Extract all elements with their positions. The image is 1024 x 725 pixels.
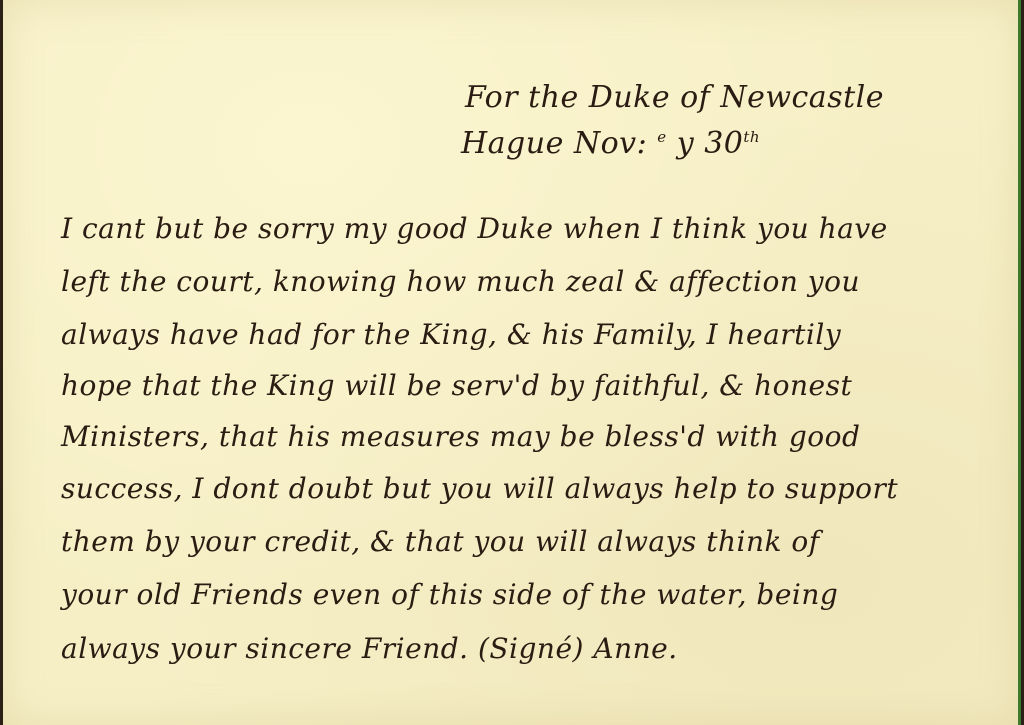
letter-line-7: them by your credit, & that you will alw… (61, 525, 820, 558)
place-date-sup1: e (657, 128, 666, 146)
letter-line-1: I cant but be sorry my good Duke when I … (61, 212, 888, 245)
letter-line-5: Ministers, that his measures may be bles… (61, 420, 860, 453)
page-edge (1018, 0, 1021, 725)
letter-place-date: Hague Nov: e y 30th (461, 126, 760, 161)
letter-line-3: always have had for the King, & his Fami… (61, 318, 841, 351)
letter-line-9-signature: always your sincere Friend. (Signé) Anne… (61, 632, 678, 665)
letter-line-6: success, I dont doubt but you will alway… (61, 472, 898, 505)
letter-line-4: hope that the King will be serv'd by fai… (61, 369, 852, 402)
place-date-mid: y 30 (677, 126, 744, 161)
letter-line-2: left the court, knowing how much zeal & … (61, 265, 860, 298)
place-date-prefix: Hague Nov: (461, 126, 647, 161)
letter-page: For the Duke of Newcastle Hague Nov: e y… (3, 0, 1021, 725)
letter-line-8: your old Friends even of this side of th… (61, 578, 838, 611)
letter-addressee: For the Duke of Newcastle (465, 80, 884, 115)
place-date-sup2: th (743, 128, 760, 146)
